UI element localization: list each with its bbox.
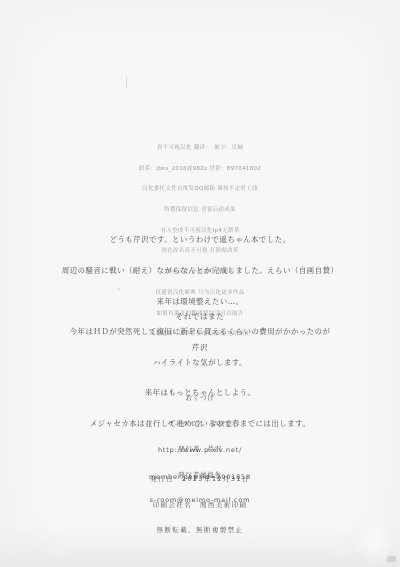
author-signature: 芹沢	[0, 343, 400, 353]
afterword-line: どうも芹沢です。というわけで遥ちゃん本でした。	[0, 235, 400, 245]
scan-scratch-artifact	[126, 76, 127, 89]
publication-date: 発行日 2023年12月31日	[0, 475, 400, 484]
copyright-notice: 無断転載、無断複製禁止	[0, 526, 400, 535]
credit-line: 汉化委托文件直推发QQ邮箱 裸扬不定时上线	[0, 186, 400, 193]
printer-name: 印刷会社名 関西美術印刷	[0, 501, 400, 510]
closing-block: それではまた 芹沢	[0, 292, 400, 374]
credit-line: 真不可视汉化 翻译： 嵌字：页蛹	[0, 145, 400, 152]
credit-line: 联系：jbks_2016或98Zz 世群：897041802	[0, 166, 400, 173]
closing-line: それではまた	[0, 312, 400, 322]
scan-page: 真不可视汉化 翻译： 嵌字：页蛹 联系：jbks_2016或98Zz 世群：89…	[0, 0, 400, 567]
colophon-line: サークル名 芹沢室	[0, 420, 400, 429]
pixiv-url: http://www.pixiv.net/	[0, 446, 400, 455]
afterword-line: 周辺の騒音に戦い（耐え）ながらなんとか完成しました。えらい（自画自賛）	[0, 266, 400, 276]
publication-info-block: 発行日 2023年12月31日 印刷会社名 関西美術印刷 無断転載、無断複製禁止	[0, 458, 400, 552]
credit-line: 特製保留信息 青雀启动成果	[0, 207, 400, 214]
colophon-title: おくづけ	[0, 394, 400, 403]
page-number-smudge	[387, 556, 396, 562]
